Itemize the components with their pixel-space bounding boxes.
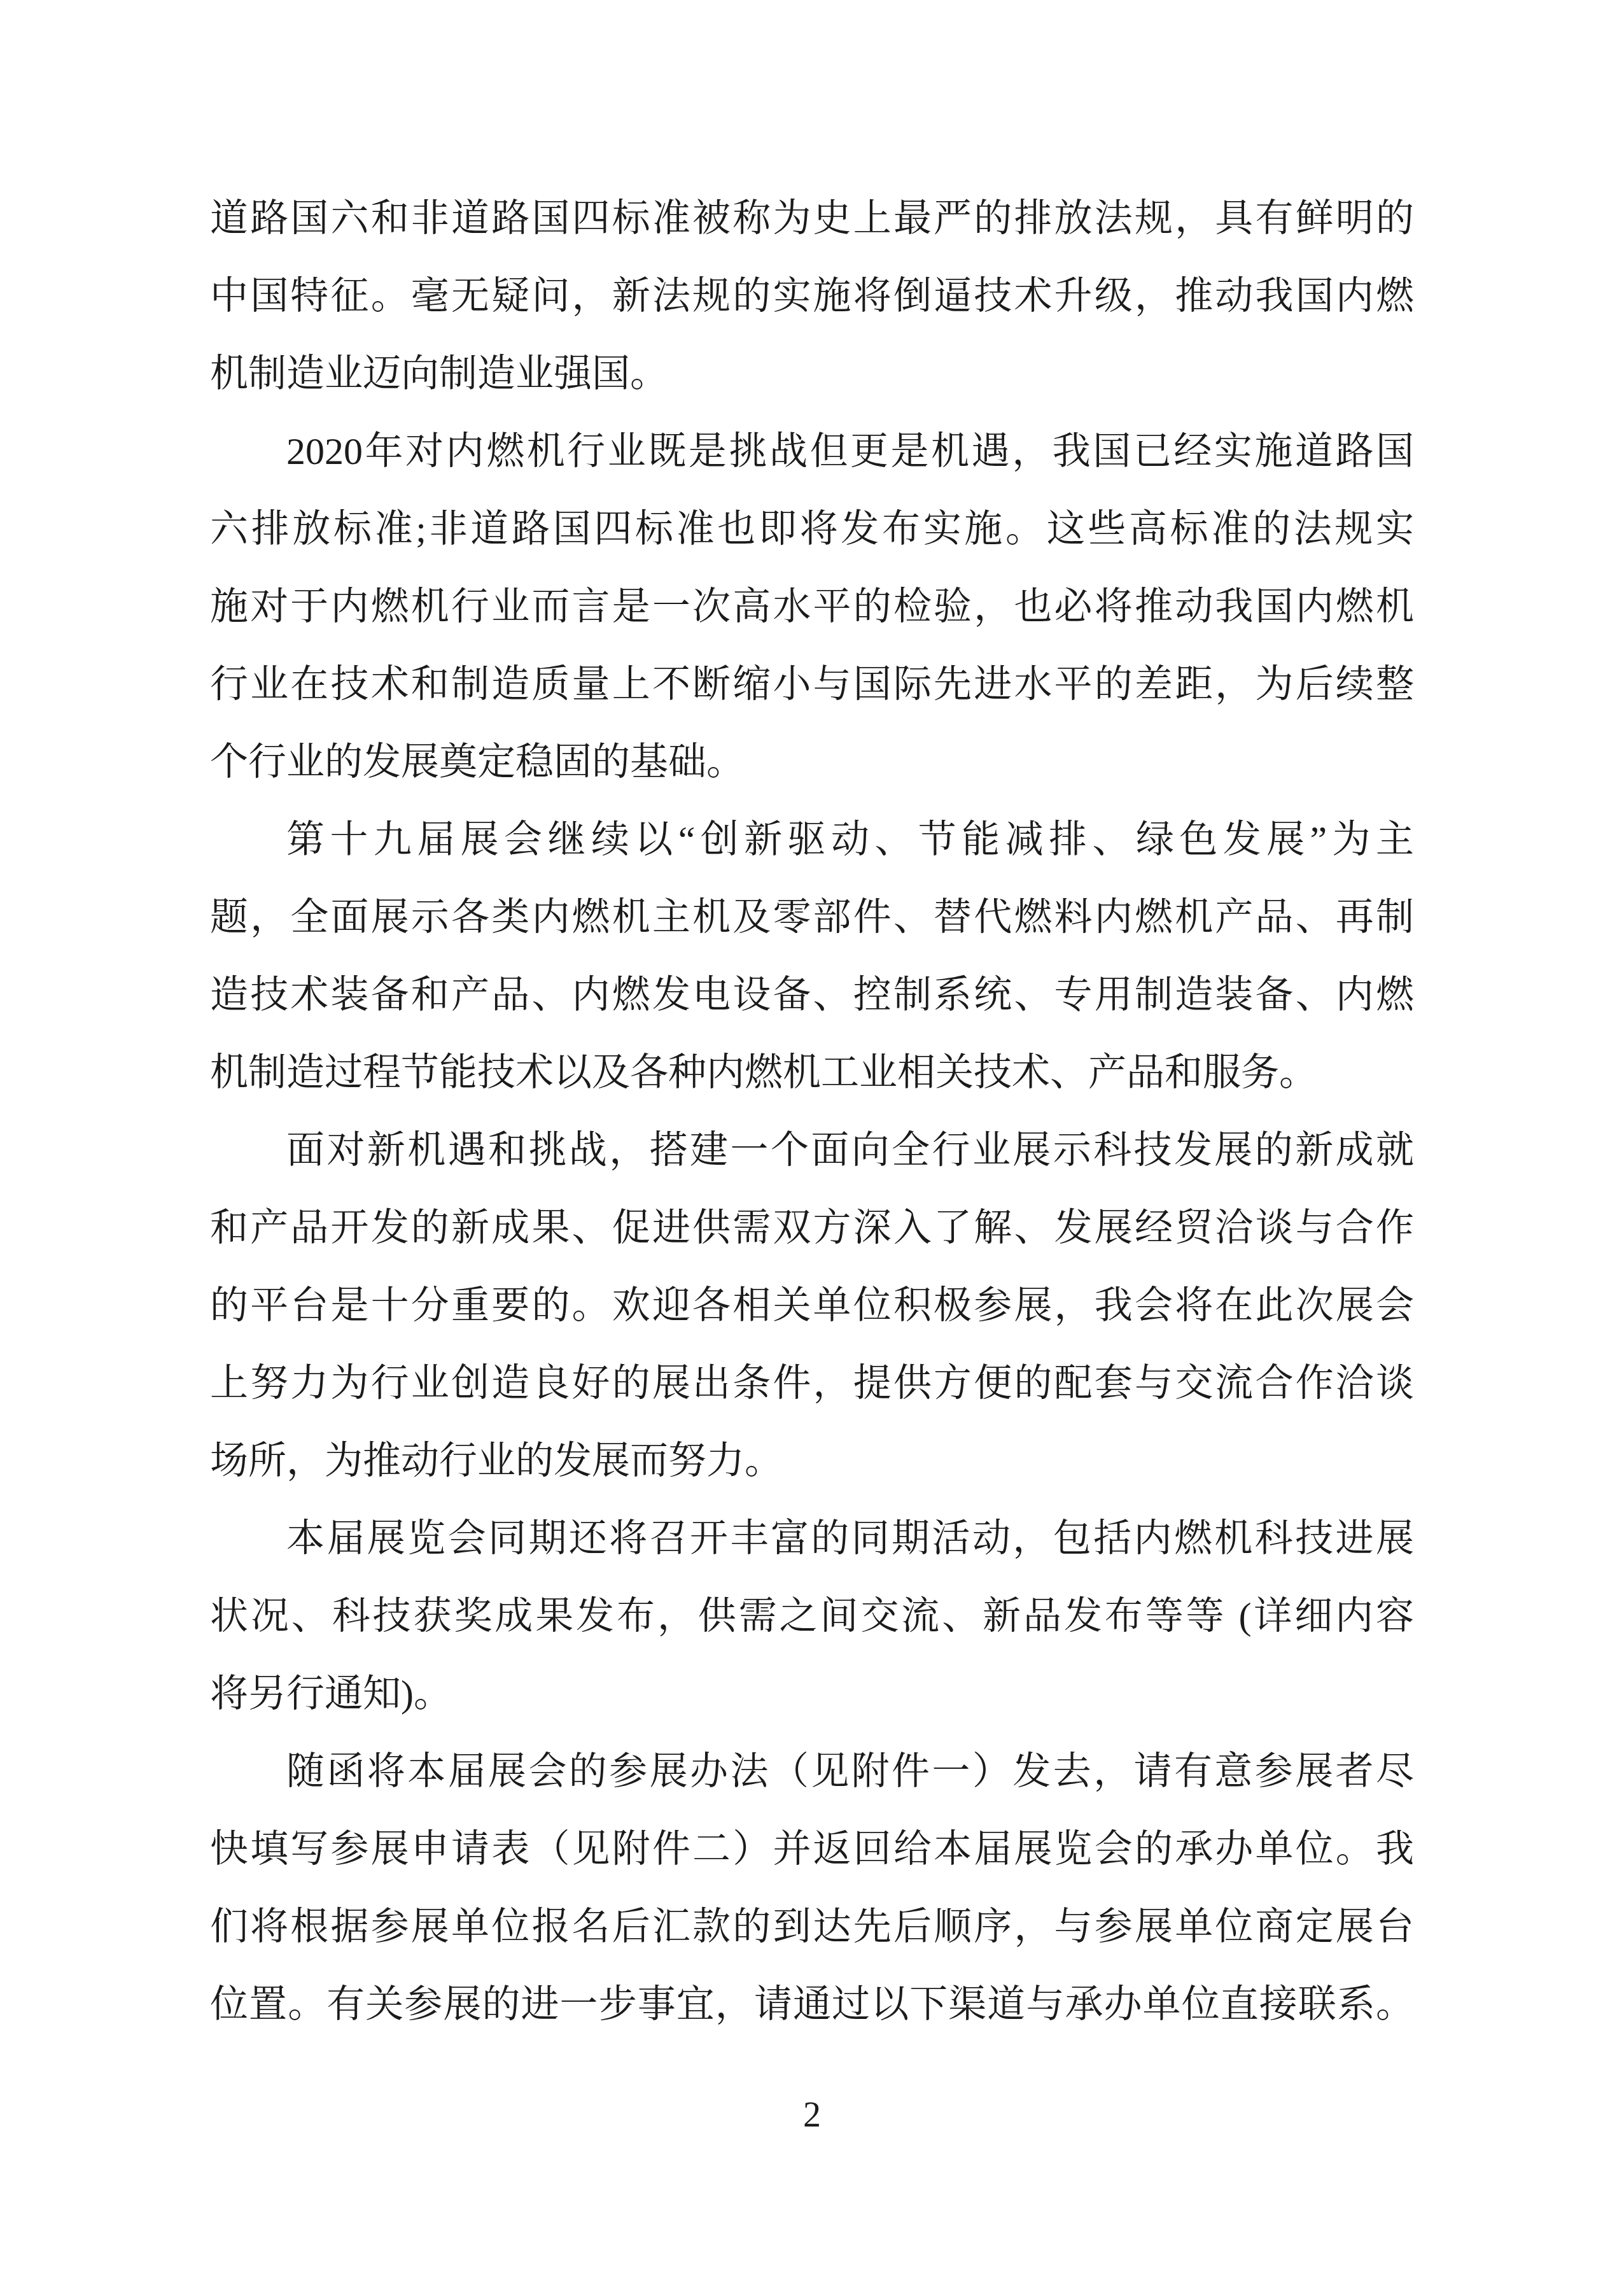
text-line: 的平台是十分重要的。欢迎各相关单位积极参展，我会将在此次展会 bbox=[210, 1267, 1414, 1344]
paragraph: 第十九届展会继续以“创新驱动、节能减排、绿色发展”为主 题，全面展示各类内燃机主… bbox=[210, 801, 1414, 1111]
text-line: 六排放标准;非道路国四标准也即将发布实施。这些高标准的法规实 bbox=[210, 490, 1414, 568]
page-number: 2 bbox=[0, 2094, 1624, 2137]
text-line: 第十九届展会继续以“创新驱动、节能减排、绿色发展”为主 bbox=[210, 801, 1414, 878]
paragraph: 2020年对内燃机行业既是挑战但更是机遇，我国已经实施道路国 六排放标准;非道路… bbox=[210, 412, 1414, 801]
text-line: 2020年对内燃机行业既是挑战但更是机遇，我国已经实施道路国 bbox=[210, 412, 1414, 490]
text-line: 个行业的发展奠定稳固的基础。 bbox=[210, 723, 1414, 801]
text-line: 随函将本届展会的参展办法（见附件一）发去，请有意参展者尽 bbox=[210, 1733, 1414, 1810]
text-line: 道路国六和非道路国四标准被称为史上最严的排放法规，具有鲜明的 bbox=[210, 179, 1414, 257]
text-line: 和产品开发的新成果、促进供需双方深入了解、发展经贸洽谈与合作 bbox=[210, 1189, 1414, 1267]
text-line: 们将根据参展单位报名后汇款的到达先后顺序，与参展单位商定展台 bbox=[210, 1888, 1414, 1965]
text-line: 造技术装备和产品、内燃发电设备、控制系统、专用制造装备、内燃 bbox=[210, 956, 1414, 1034]
text-line: 施对于内燃机行业而言是一次高水平的检验，也必将推动我国内燃机 bbox=[210, 568, 1414, 645]
paragraph: 道路国六和非道路国四标准被称为史上最严的排放法规，具有鲜明的 中国特征。毫无疑问… bbox=[210, 179, 1414, 412]
text-line: 将另行通知)。 bbox=[210, 1655, 1414, 1733]
text-line: 上努力为行业创造良好的展出条件，提供方便的配套与交流合作洽谈 bbox=[210, 1344, 1414, 1422]
page-body: 道路国六和非道路国四标准被称为史上最严的排放法规，具有鲜明的 中国特征。毫无疑问… bbox=[210, 0, 1414, 2043]
paragraph: 随函将本届展会的参展办法（见附件一）发去，请有意参展者尽 快填写参展申请表（见附… bbox=[210, 1733, 1414, 2043]
text-line: 机制造业迈向制造业强国。 bbox=[210, 335, 1414, 412]
text-line: 机制造过程节能技术以及各种内燃机工业相关技术、产品和服务。 bbox=[210, 1034, 1414, 1111]
text-line: 面对新机遇和挑战，搭建一个面向全行业展示科技发展的新成就 bbox=[210, 1111, 1414, 1189]
text-line: 状况、科技获奖成果发布，供需之间交流、新品发布等等 (详细内容 bbox=[210, 1577, 1414, 1655]
text-line: 本届展览会同期还将召开丰富的同期活动，包括内燃机科技进展 bbox=[210, 1500, 1414, 1577]
text-line: 场所，为推动行业的发展而努力。 bbox=[210, 1422, 1414, 1500]
paragraph: 本届展览会同期还将召开丰富的同期活动，包括内燃机科技进展 状况、科技获奖成果发布… bbox=[210, 1500, 1414, 1733]
text-line: 位置。有关参展的进一步事宜，请通过以下渠道与承办单位直接联系。 bbox=[210, 1965, 1414, 2043]
text-line: 快填写参展申请表（见附件二）并返回给本届展览会的承办单位。我 bbox=[210, 1810, 1414, 1888]
paragraph: 面对新机遇和挑战，搭建一个面向全行业展示科技发展的新成就 和产品开发的新成果、促… bbox=[210, 1111, 1414, 1500]
document-page: 道路国六和非道路国四标准被称为史上最严的排放法规，具有鲜明的 中国特征。毫无疑问… bbox=[0, 0, 1624, 2278]
text-line: 题，全面展示各类内燃机主机及零部件、替代燃料内燃机产品、再制 bbox=[210, 878, 1414, 956]
text-line: 行业在技术和制造质量上不断缩小与国际先进水平的差距，为后续整 bbox=[210, 645, 1414, 723]
text-line: 中国特征。毫无疑问，新法规的实施将倒逼技术升级，推动我国内燃 bbox=[210, 257, 1414, 335]
